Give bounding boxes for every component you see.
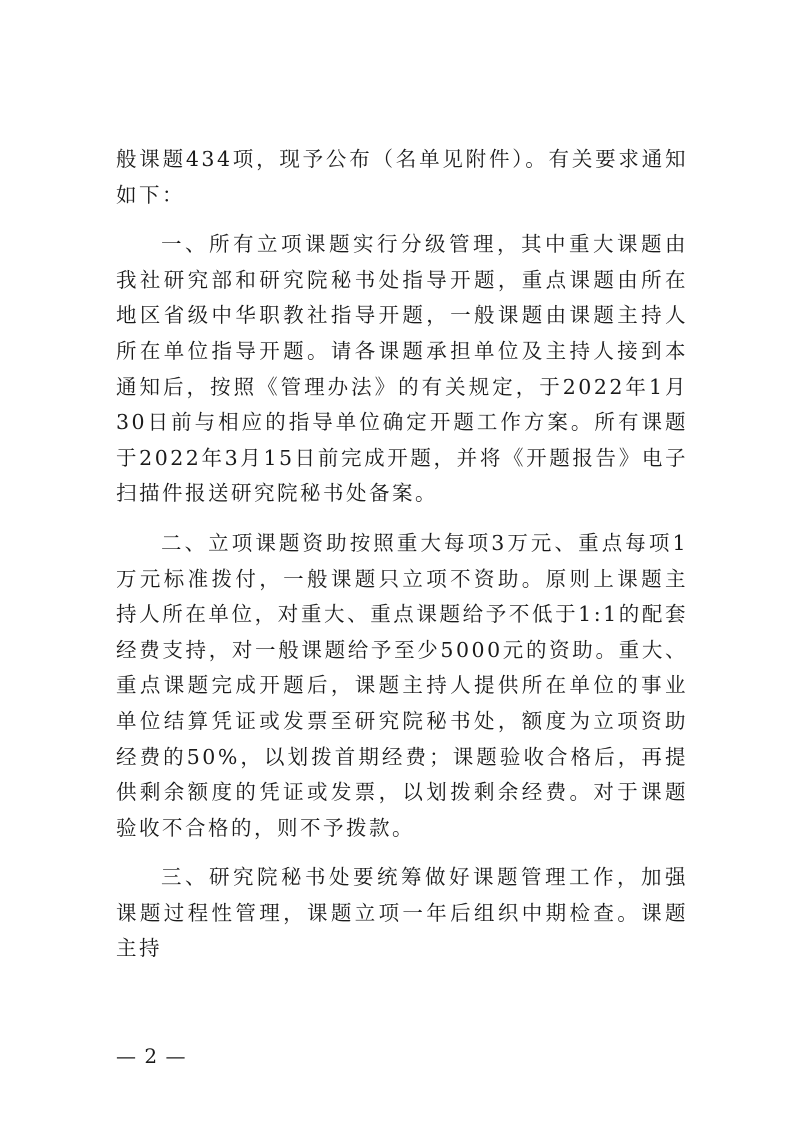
paragraph-intro-continuation: 般课题434项，现予公布（名单见附件）。有关要求通知如下：: [116, 142, 688, 213]
page-number: — 2 —: [116, 1044, 186, 1068]
paragraph-item-2: 二、立项课题资助按照重大每项3万元、重点每项1万元标准拨付，一般课题只立项不资助…: [116, 526, 688, 846]
paragraph-item-1: 一、所有立项课题实行分级管理，其中重大课题由我社研究部和研究院秘书处指导开题，重…: [116, 227, 688, 512]
paragraph-item-3: 三、研究院秘书处要统筹做好课题管理工作，加强课题过程性管理，课题立项一年后组织中…: [116, 860, 688, 967]
document-page: 般课题434项，现予公布（名单见附件）。有关要求通知如下： 一、所有立项课题实行…: [0, 0, 800, 1131]
document-body: 般课题434项，现予公布（名单见附件）。有关要求通知如下： 一、所有立项课题实行…: [116, 142, 688, 967]
